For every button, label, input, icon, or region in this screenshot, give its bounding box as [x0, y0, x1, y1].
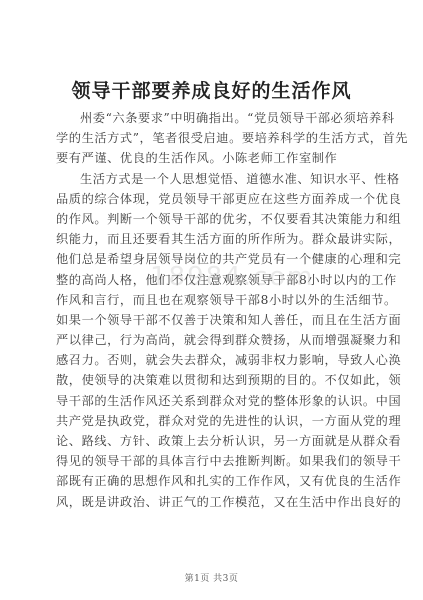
watermark: 18984.com — [150, 262, 315, 292]
body-line: 得见的领导干部的具体言行中去推断判断。如果我们的领导干 — [56, 451, 372, 471]
body-line: 生活方式是一个人思想觉悟、道德水准、知识水平、性格 — [56, 169, 372, 189]
document-page: 领导干部要养成良好的生活作风 州委“六条要求”中明确指出。“党员领导干部必须培养… — [0, 0, 423, 600]
body-line: 学的生活方式”，笔者很受启迪。要培养科学的生活方式，首先 — [56, 128, 372, 148]
document-title: 领导干部要养成良好的生活作风 — [0, 76, 423, 103]
body-line: 散，使领导的决策难以贯彻和达到预期的目的。不仅如此，领 — [56, 370, 372, 390]
body-line: 州委“六条要求”中明确指出。“党员领导干部必须培养科 — [56, 108, 372, 128]
body-line: 品质的综合体现，党员领导干部更应在这些方面养成一个优良 — [56, 189, 372, 209]
body-line: 如果一个领导干部不仅善于决策和知人善任，而且在生活方面 — [56, 310, 372, 330]
body-line: 共产党是执政党，群众对党的先进性的认识，一方面从党的理 — [56, 411, 372, 431]
body-line: 导干部的生活作风还关系到群众对党的整体形象的认识。中国 — [56, 391, 372, 411]
document-body: 州委“六条要求”中明确指出。“党员领导干部必须培养科 学的生活方式”，笔者很受启… — [56, 108, 372, 512]
body-line: 的作风。判断一个领导干部的优劣，不仅要看其决策能力和组 — [56, 209, 372, 229]
page-footer: 第1页 共3页 — [0, 571, 423, 584]
body-line: 织能力，而且还要看其生活方面的所作所为。群众最讲实际， — [56, 229, 372, 249]
body-line: 风，既是讲政治、讲正气的工作模范，又在生活中作出良好的 — [56, 492, 372, 512]
body-line: 论、路线、方针、政策上去分析认识，另一方面就是从群众看 — [56, 431, 372, 451]
body-line: 作风和言行，而且也在观察领导干部8小时以外的生活细节。 — [56, 290, 372, 310]
body-line: 要有严谨、优良的生活作风。小陈老师工作室制作 — [56, 148, 372, 168]
body-line: 感召力。否则，就会失去群众，减弱非权力影响，导致人心涣 — [56, 350, 372, 370]
body-line: 部既有正确的思想作风和扎实的工作作风，又有优良的生活作 — [56, 471, 372, 491]
body-line: 严以律己，行为高尚，就会得到群众赞扬，从而增强凝聚力和 — [56, 330, 372, 350]
